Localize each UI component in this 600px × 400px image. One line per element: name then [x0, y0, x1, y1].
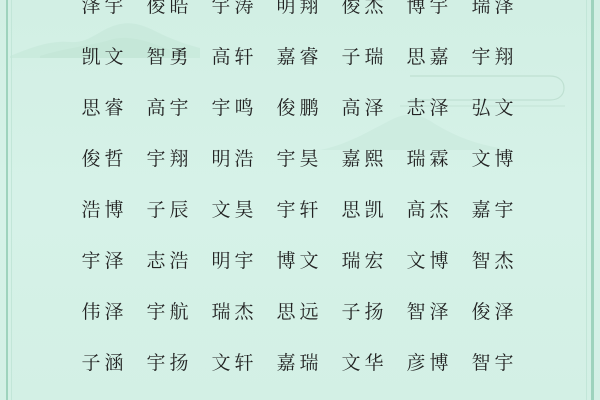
name-item: 志浩: [137, 252, 202, 271]
name-item: 子瑞: [332, 48, 397, 67]
name-item: 嘉宇: [462, 201, 527, 220]
frame-border-left-inner: [11, 0, 12, 400]
name-row: 凯文 智勇 高轩 嘉睿 子瑞 思嘉 宇翔: [72, 32, 532, 83]
name-item: 俊杰: [332, 0, 397, 16]
name-item: 子涵: [72, 354, 137, 373]
name-item: 文昊: [202, 201, 267, 220]
name-item: 浩博: [72, 201, 137, 220]
name-item: 宇泽: [72, 252, 137, 271]
name-item: 文轩: [202, 354, 267, 373]
name-row: 俊哲 宇翔 明浩 宇昊 嘉熙 瑞霖 文博: [72, 134, 532, 185]
name-item: 凯文: [72, 48, 137, 67]
name-row: 宇泽 志浩 明宇 博文 瑞宏 文博 智杰: [72, 236, 532, 287]
name-item: 智宇: [462, 354, 527, 373]
name-item: 明翔: [267, 0, 332, 16]
name-item: 智杰: [462, 252, 527, 271]
name-item: 明宇: [202, 252, 267, 271]
name-item: 思睿: [72, 99, 137, 118]
name-item: 文华: [332, 354, 397, 373]
name-item: 瑞霖: [397, 150, 462, 169]
name-row: 思睿 高宇 宇鸣 俊鹏 高泽 志泽 弘文: [72, 83, 532, 134]
name-item: 文博: [462, 150, 527, 169]
frame-border-right: [591, 0, 594, 400]
name-item: 宇翔: [137, 150, 202, 169]
name-item: 俊泽: [462, 303, 527, 322]
name-item: 博宇: [397, 0, 462, 16]
name-item: 宇昊: [267, 150, 332, 169]
name-item: 俊哲: [72, 150, 137, 169]
name-item: 俊鹏: [267, 99, 332, 118]
name-item: 宇翔: [462, 48, 527, 67]
name-item: 博文: [267, 252, 332, 271]
name-item: 嘉熙: [332, 150, 397, 169]
name-item: 伟泽: [72, 303, 137, 322]
name-item: 子辰: [137, 201, 202, 220]
name-item: 宇扬: [137, 354, 202, 373]
name-item: 瑞宏: [332, 252, 397, 271]
name-item: 高宇: [137, 99, 202, 118]
name-row: 浩博 子辰 文昊 宇轩 思凯 高杰 嘉宇: [72, 185, 532, 236]
name-item: 瑞杰: [202, 303, 267, 322]
name-list-grid: 泽宇 俊皓 宇涛 明翔 俊杰 博宇 瑞泽 凯文 智勇 高轩 嘉睿 子瑞 思嘉 宇…: [72, 0, 532, 389]
name-item: 子扬: [332, 303, 397, 322]
name-item: 高泽: [332, 99, 397, 118]
name-item: 思凯: [332, 201, 397, 220]
name-item: 志泽: [397, 99, 462, 118]
name-item: 文博: [397, 252, 462, 271]
name-item: 宇涛: [202, 0, 267, 16]
name-item: 智勇: [137, 48, 202, 67]
name-item: 俊皓: [137, 0, 202, 16]
frame-border-right-inner: [586, 0, 587, 400]
name-item: 嘉瑞: [267, 354, 332, 373]
name-item: 嘉睿: [267, 48, 332, 67]
name-row: 子涵 宇扬 文轩 嘉瑞 文华 彦博 智宇: [72, 338, 532, 389]
name-item: 彦博: [397, 354, 462, 373]
name-item: 高杰: [397, 201, 462, 220]
name-item: 瑞泽: [462, 0, 527, 16]
name-item: 思嘉: [397, 48, 462, 67]
name-item: 高轩: [202, 48, 267, 67]
frame-border-left: [6, 0, 8, 400]
name-item: 明浩: [202, 150, 267, 169]
name-item: 宇鸣: [202, 99, 267, 118]
name-item: 宇航: [137, 303, 202, 322]
name-row: 泽宇 俊皓 宇涛 明翔 俊杰 博宇 瑞泽: [72, 0, 532, 32]
name-item: 智泽: [397, 303, 462, 322]
name-item: 泽宇: [72, 0, 137, 16]
name-item: 弘文: [462, 99, 527, 118]
name-item: 思远: [267, 303, 332, 322]
name-item: 宇轩: [267, 201, 332, 220]
name-row: 伟泽 宇航 瑞杰 思远 子扬 智泽 俊泽: [72, 287, 532, 338]
